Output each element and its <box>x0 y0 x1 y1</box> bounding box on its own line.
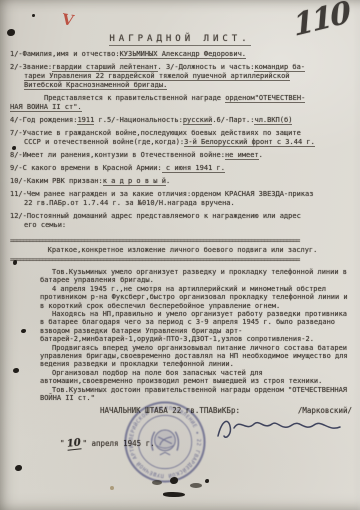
ink-speck <box>21 329 26 333</box>
handwritten-signature <box>212 406 347 448</box>
ink-speck <box>170 477 178 484</box>
fields-section: 1/-Фамилия,имя и отчество:КУЗЬМИНЫХ Алек… <box>10 50 355 264</box>
citation-paragraph: Находясь на НП,правильно и умело организ… <box>40 310 354 344</box>
citation-paragraph: Продвигаясь вперед умело организовывал п… <box>40 344 354 369</box>
field-army-since: 9/-С какого времени в Красной Армии: с и… <box>10 164 355 173</box>
field-name: 1/-Фамилия,имя и отчество:КУЗЬМИНЫХ Алек… <box>10 50 355 59</box>
divider-line: ========================================… <box>10 256 355 264</box>
ink-speck <box>205 479 209 483</box>
handwritten-day: 10 <box>66 437 81 450</box>
red-checkmark: V <box>61 10 76 30</box>
field-drafted-by: 10/-Каким РВК призван:к а д р о в ы й. <box>10 177 355 186</box>
field-previous-awards-cont: 22 гв.ПАБр.от 1.7.44 г. за №010/Н.наград… <box>10 199 355 208</box>
field-unit-cont: Витебской Краснознаменной бригады. <box>10 81 355 90</box>
ink-speck <box>7 29 15 36</box>
field-rank-position: 2/-Звание:гвардии старший лейтенант. 3/-… <box>10 63 355 72</box>
field-award-proposal-cont: НАЯ ВОЙНА II ст". <box>10 103 355 112</box>
ink-speck <box>163 492 185 497</box>
citation-paragraph: Тов.Кузьминых умело организует разведку … <box>40 268 354 285</box>
ink-speck <box>13 368 19 373</box>
citation-paragraph: Организовал подбор на поле боя запасных … <box>40 369 354 386</box>
summary-header: Краткое,конкретное изложение личного бое… <box>10 246 355 255</box>
stain-dot <box>110 486 114 490</box>
ink-speck <box>32 14 35 17</box>
field-unit: тареи Управления 22 гвардейской тяжелой … <box>10 72 355 81</box>
field-birth-nationality-party: 4/-Год рождения:1911 г.5/-Национальность… <box>10 116 355 125</box>
field-home-address: 12/-Постоянный домашний адрес представля… <box>10 212 355 221</box>
ink-smudge <box>190 483 202 488</box>
field-award-proposal: Представляется к правительственной награ… <box>10 94 355 103</box>
ink-smudge <box>152 480 162 485</box>
ink-speck <box>12 146 16 150</box>
field-previous-awards: 11/-Чем ранее награжден и за какие отлич… <box>10 190 355 199</box>
citation-paragraph: 4 апреля 1945 г.,не смотря на артиллерий… <box>40 285 354 310</box>
scanned-award-document: V 110 НАГРАДНОЙ ЛИСТ. 1/-Фамилия,имя и о… <box>0 0 360 510</box>
citation-section: Тов.Кузьминых умело организует разведку … <box>40 268 354 403</box>
field-war-participation: 7/-Участие в гражданской войне,последующ… <box>10 129 355 138</box>
ink-speck <box>13 260 17 265</box>
round-stamp: УПРАВЛЕНИЕ ★ 22 ГВАРДЕЙСКОЙ ПУШЕЧНОЙ АРТ… <box>122 399 208 485</box>
ink-speck <box>15 465 22 471</box>
field-home-address-cont: его семьи: <box>10 221 355 230</box>
divider-line: ========================================… <box>10 237 355 245</box>
field-war-participation-cont: СССР и отечественной войне(где,когда):3-… <box>10 138 355 147</box>
field-wounds: 8/-Имеет ли ранения,контузии в Отечестве… <box>10 151 355 160</box>
